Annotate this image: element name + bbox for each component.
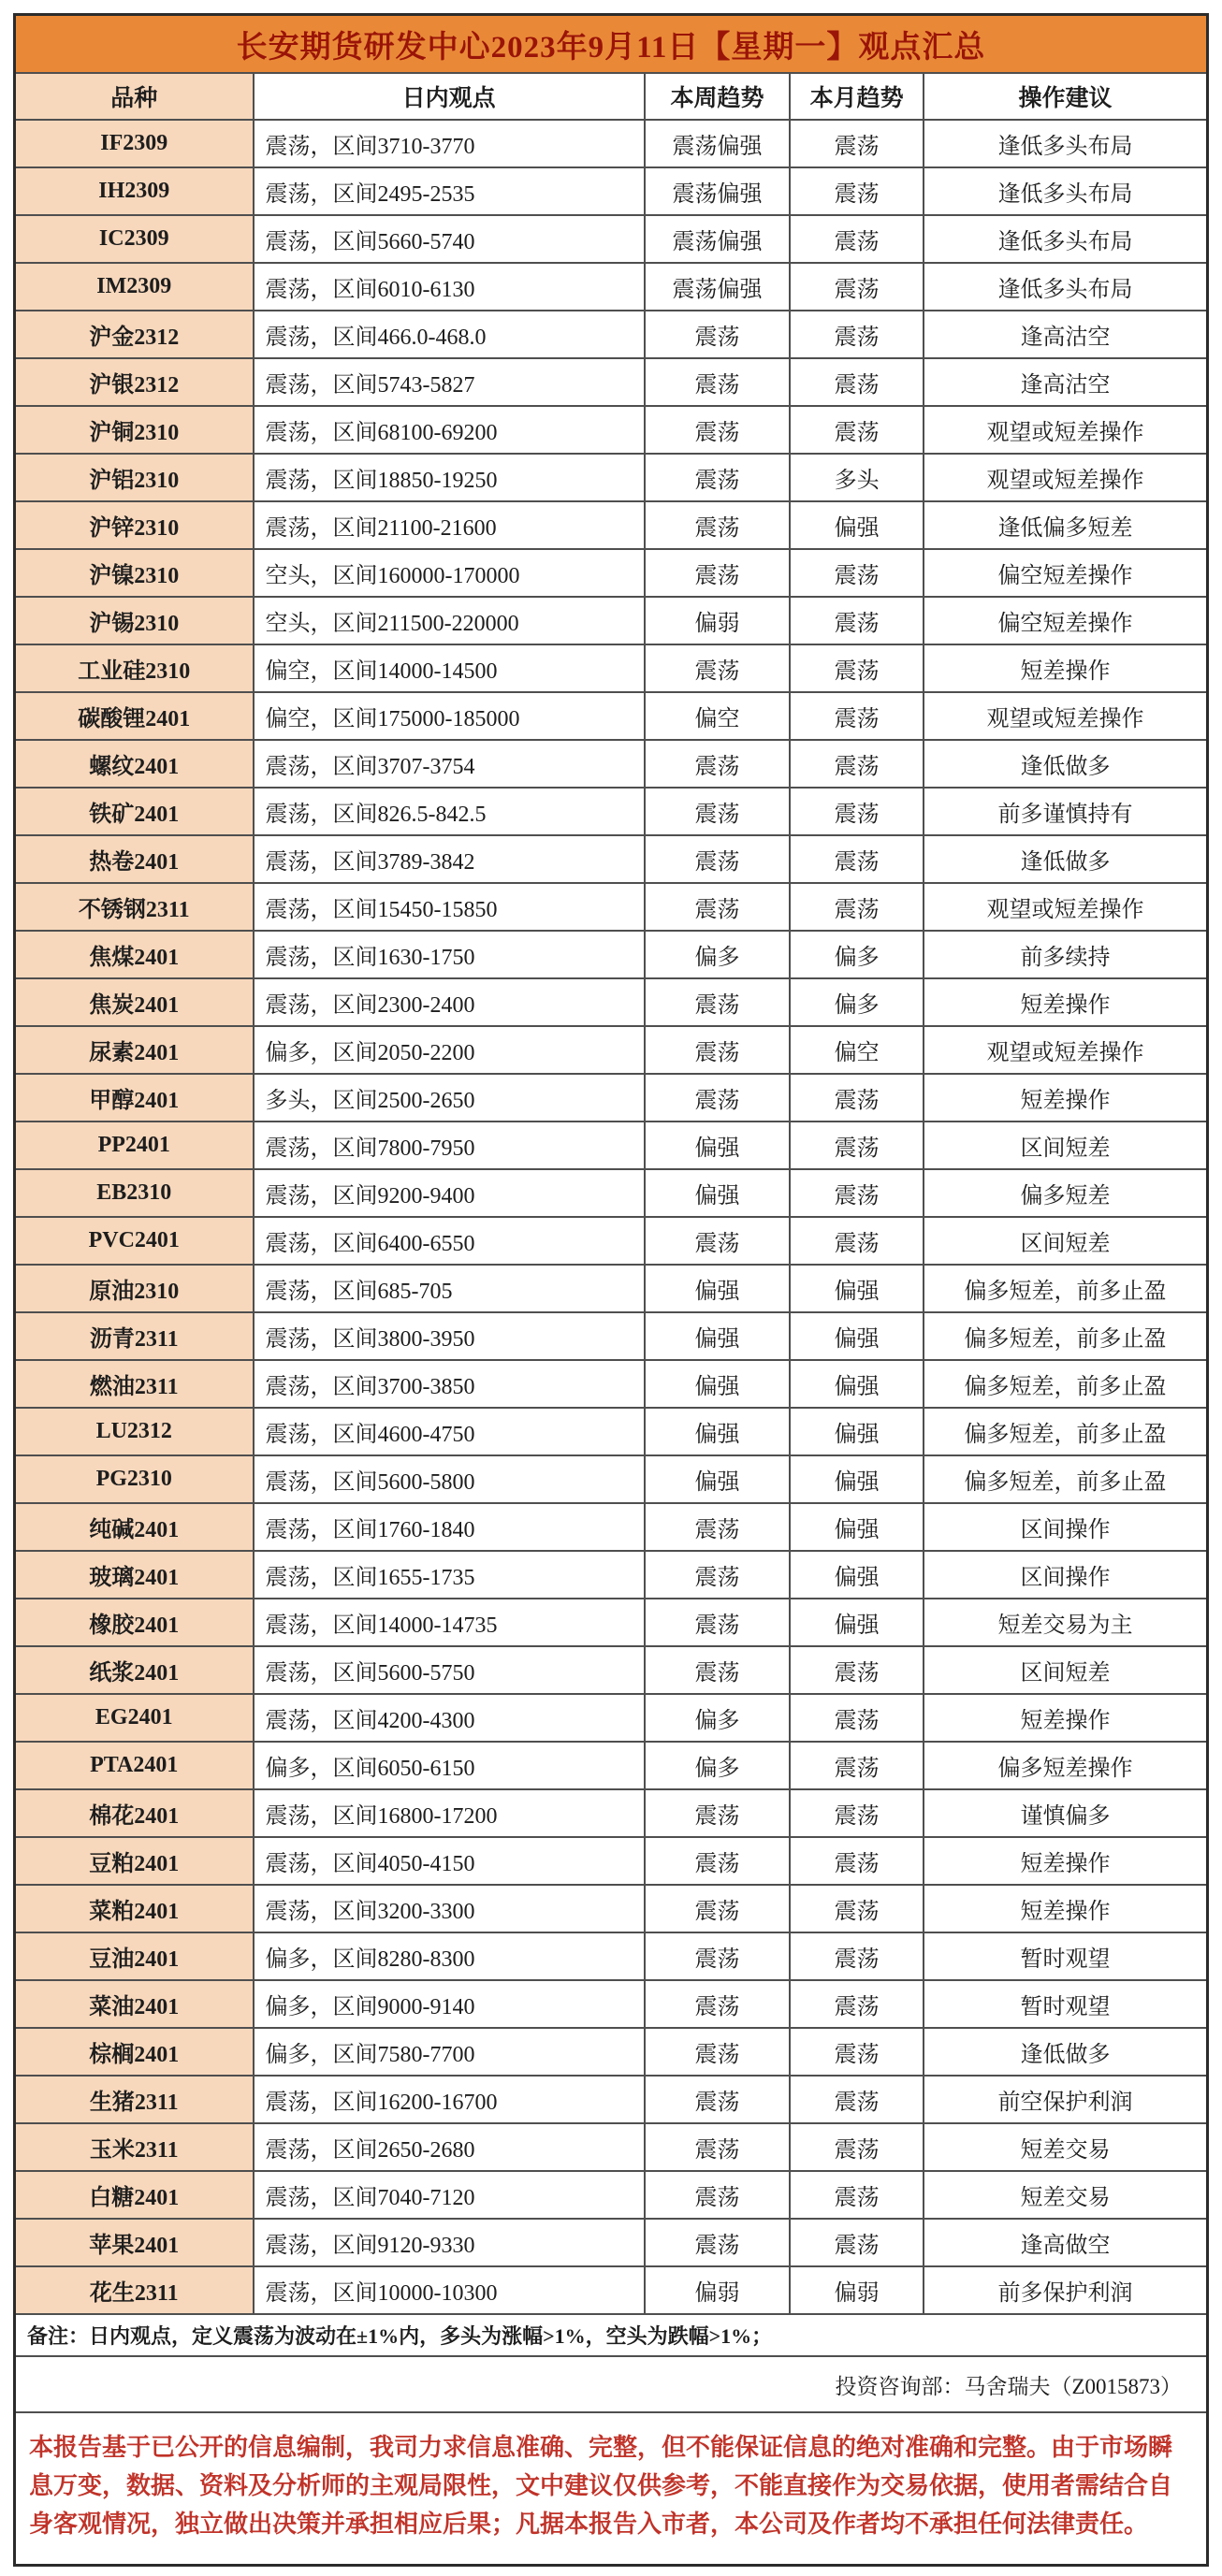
month-trend-cell: 偏强 [790, 1408, 924, 1455]
table-row: 玻璃2401 震荡，区间1655-1735 震荡 偏强 区间操作 [15, 1551, 1208, 1599]
month-trend-cell: 震荡 [790, 644, 924, 692]
week-trend-cell: 震荡 [645, 2171, 791, 2219]
intraday-view-cell: 震荡，区间3700-3850 [254, 1360, 645, 1408]
variety-cell: PVC2401 [15, 1217, 254, 1265]
variety-cell: 棕榈2401 [15, 2028, 254, 2076]
title-row: 长安期货研发中心2023年9月11日【星期一】观点汇总 [15, 15, 1208, 74]
month-trend-cell: 偏强 [790, 1360, 924, 1408]
intraday-view-cell: 震荡，区间6400-6550 [254, 1217, 645, 1265]
intraday-view-cell: 震荡，区间9200-9400 [254, 1169, 645, 1217]
week-trend-cell: 震荡 [645, 406, 791, 454]
advice-cell: 前多谨慎持有 [924, 788, 1207, 835]
week-trend-cell: 偏强 [645, 1122, 791, 1169]
table-row: 尿素2401 偏多，区间2050-2200 震荡 偏空 观望或短差操作 [15, 1026, 1208, 1074]
intraday-view-cell: 震荡，区间826.5-842.5 [254, 788, 645, 835]
variety-cell: 花生2311 [15, 2266, 254, 2314]
month-trend-cell: 震荡 [790, 2123, 924, 2171]
month-trend-cell: 震荡 [790, 883, 924, 931]
table-row: 沪银2312 震荡，区间5743-5827 震荡 震荡 逢高沽空 [15, 358, 1208, 406]
month-trend-cell: 偏强 [790, 501, 924, 549]
table-row: 甲醇2401 多头，区间2500-2650 震荡 震荡 短差操作 [15, 1074, 1208, 1122]
table-row: 纸浆2401 震荡，区间5600-5750 震荡 震荡 区间短差 [15, 1646, 1208, 1694]
variety-cell: 豆粕2401 [15, 1837, 254, 1885]
week-trend-cell: 震荡 [645, 358, 791, 406]
variety-cell: 玉米2311 [15, 2123, 254, 2171]
advice-cell: 区间操作 [924, 1551, 1207, 1599]
variety-cell: PP2401 [15, 1122, 254, 1169]
intraday-view-cell: 震荡，区间16200-16700 [254, 2076, 645, 2123]
advice-cell: 暂时观望 [924, 1932, 1207, 1980]
advice-cell: 逢低做多 [924, 835, 1207, 883]
week-trend-cell: 震荡 [645, 454, 791, 501]
intraday-view-cell: 震荡，区间1655-1735 [254, 1551, 645, 1599]
month-trend-cell: 震荡 [790, 1980, 924, 2028]
week-trend-cell: 震荡 [645, 740, 791, 788]
table-row: 沪镍2310 空头，区间160000-170000 震荡 震荡 偏空短差操作 [15, 549, 1208, 597]
week-trend-cell: 偏强 [645, 1360, 791, 1408]
week-trend-cell: 偏弱 [645, 2266, 791, 2314]
advice-cell: 逢低多头布局 [924, 167, 1207, 215]
col-header-month-trend: 本月趋势 [790, 73, 924, 120]
month-trend-cell: 震荡 [790, 549, 924, 597]
variety-cell: IH2309 [15, 167, 254, 215]
intraday-view-cell: 震荡，区间5600-5800 [254, 1455, 645, 1503]
table-row: PTA2401 偏多，区间6050-6150 偏多 震荡 偏多短差操作 [15, 1742, 1208, 1789]
week-trend-cell: 震荡 [645, 2028, 791, 2076]
week-trend-cell: 震荡 [645, 788, 791, 835]
variety-cell: PTA2401 [15, 1742, 254, 1789]
week-trend-cell: 震荡 [645, 549, 791, 597]
table-row: 白糖2401 震荡，区间7040-7120 震荡 震荡 短差交易 [15, 2171, 1208, 2219]
week-trend-cell: 震荡 [645, 1074, 791, 1122]
advice-cell: 短差操作 [924, 644, 1207, 692]
variety-cell: 铁矿2401 [15, 788, 254, 835]
advice-cell: 短差交易 [924, 2123, 1207, 2171]
table-row: 豆油2401 偏多，区间8280-8300 震荡 震荡 暂时观望 [15, 1932, 1208, 1980]
advice-cell: 逢低做多 [924, 2028, 1207, 2076]
advice-cell: 偏多短差，前多止盈 [924, 1312, 1207, 1360]
week-trend-cell: 震荡 [645, 311, 791, 358]
col-header-intraday-view: 日内观点 [254, 73, 645, 120]
col-header-week-trend: 本周趋势 [645, 73, 791, 120]
month-trend-cell: 震荡 [790, 358, 924, 406]
month-trend-cell: 震荡 [790, 1742, 924, 1789]
advice-cell: 短差操作 [924, 1694, 1207, 1742]
week-trend-cell: 偏强 [645, 1312, 791, 1360]
table-row: 苹果2401 震荡，区间9120-9330 震荡 震荡 逢高做空 [15, 2219, 1208, 2266]
advice-cell: 逢低多头布局 [924, 263, 1207, 311]
table-row: 玉米2311 震荡，区间2650-2680 震荡 震荡 短差交易 [15, 2123, 1208, 2171]
table-row: 沪锌2310 震荡，区间21100-21600 震荡 偏强 逢低偏多短差 [15, 501, 1208, 549]
advice-cell: 观望或短差操作 [924, 883, 1207, 931]
table-row: 菜油2401 偏多，区间9000-9140 震荡 震荡 暂时观望 [15, 1980, 1208, 2028]
advice-cell: 区间短差 [924, 1646, 1207, 1694]
variety-cell: PG2310 [15, 1455, 254, 1503]
intraday-view-cell: 震荡，区间16800-17200 [254, 1789, 645, 1837]
intraday-view-cell: 震荡，区间15450-15850 [254, 883, 645, 931]
intraday-view-cell: 偏多，区间6050-6150 [254, 1742, 645, 1789]
week-trend-cell: 偏强 [645, 1455, 791, 1503]
week-trend-cell: 震荡 [645, 978, 791, 1026]
contact-row: 投资咨询部：马舍瑞夫（Z0015873） [15, 2356, 1208, 2412]
intraday-view-cell: 震荡，区间4200-4300 [254, 1694, 645, 1742]
intraday-view-cell: 震荡，区间4600-4750 [254, 1408, 645, 1455]
variety-cell: 菜粕2401 [15, 1885, 254, 1932]
intraday-view-cell: 震荡，区间3707-3754 [254, 740, 645, 788]
intraday-view-cell: 震荡，区间3789-3842 [254, 835, 645, 883]
month-trend-cell: 震荡 [790, 1646, 924, 1694]
table-row: 燃油2311 震荡，区间3700-3850 偏强 偏强 偏多短差，前多止盈 [15, 1360, 1208, 1408]
month-trend-cell: 震荡 [790, 740, 924, 788]
advice-cell: 前多续持 [924, 931, 1207, 978]
advice-cell: 偏多短差，前多止盈 [924, 1455, 1207, 1503]
month-trend-cell: 震荡 [790, 406, 924, 454]
table-row: 铁矿2401 震荡，区间826.5-842.5 震荡 震荡 前多谨慎持有 [15, 788, 1208, 835]
week-trend-cell: 震荡 [645, 1885, 791, 1932]
advice-cell: 短差操作 [924, 1074, 1207, 1122]
variety-cell: 热卷2401 [15, 835, 254, 883]
report-title: 长安期货研发中心2023年9月11日【星期一】观点汇总 [15, 15, 1208, 74]
table-row: 不锈钢2311 震荡，区间15450-15850 震荡 震荡 观望或短差操作 [15, 883, 1208, 931]
advice-cell: 区间短差 [924, 1122, 1207, 1169]
remark-row: 备注：日内观点，定义震荡为波动在±1%内，多头为涨幅>1%，空头为跌幅>1%； [15, 2314, 1208, 2356]
variety-cell: 燃油2311 [15, 1360, 254, 1408]
intraday-view-cell: 震荡，区间68100-69200 [254, 406, 645, 454]
table-row: 沥青2311 震荡，区间3800-3950 偏强 偏强 偏多短差，前多止盈 [15, 1312, 1208, 1360]
intraday-view-cell: 偏多，区间9000-9140 [254, 1980, 645, 2028]
table-row: 焦煤2401 震荡，区间1630-1750 偏多 偏多 前多续持 [15, 931, 1208, 978]
month-trend-cell: 震荡 [790, 120, 924, 167]
week-trend-cell: 震荡 [645, 1980, 791, 2028]
week-trend-cell: 偏多 [645, 1694, 791, 1742]
variety-cell: 不锈钢2311 [15, 883, 254, 931]
advice-cell: 前空保护利润 [924, 2076, 1207, 2123]
advice-cell: 前多保护利润 [924, 2266, 1207, 2314]
intraday-view-cell: 震荡，区间18850-19250 [254, 454, 645, 501]
table-row: 花生2311 震荡，区间10000-10300 偏弱 偏弱 前多保护利润 [15, 2266, 1208, 2314]
week-trend-cell: 偏弱 [645, 597, 791, 644]
intraday-view-cell: 震荡，区间9120-9330 [254, 2219, 645, 2266]
month-trend-cell: 偏强 [790, 1312, 924, 1360]
advice-cell: 逢高沽空 [924, 358, 1207, 406]
intraday-view-cell: 震荡，区间5743-5827 [254, 358, 645, 406]
month-trend-cell: 震荡 [790, 1074, 924, 1122]
month-trend-cell: 震荡 [790, 835, 924, 883]
report-page: 长安期货研发中心2023年9月11日【星期一】观点汇总 品种 日内观点 本周趋势… [0, 0, 1222, 2576]
advice-cell: 偏多短差，前多止盈 [924, 1360, 1207, 1408]
intraday-view-cell: 震荡，区间1760-1840 [254, 1503, 645, 1551]
variety-cell: 白糖2401 [15, 2171, 254, 2219]
table-row: 棕榈2401 偏多，区间7580-7700 震荡 震荡 逢低做多 [15, 2028, 1208, 2076]
month-trend-cell: 震荡 [790, 1932, 924, 1980]
table-row: PG2310 震荡，区间5600-5800 偏强 偏强 偏多短差，前多止盈 [15, 1455, 1208, 1503]
month-trend-cell: 震荡 [790, 1169, 924, 1217]
variety-cell: 菜油2401 [15, 1980, 254, 2028]
advice-cell: 观望或短差操作 [924, 406, 1207, 454]
advice-cell: 观望或短差操作 [924, 692, 1207, 740]
variety-cell: EB2310 [15, 1169, 254, 1217]
table-row: 橡胶2401 震荡，区间14000-14735 震荡 偏强 短差交易为主 [15, 1599, 1208, 1646]
variety-cell: 玻璃2401 [15, 1551, 254, 1599]
intraday-view-cell: 偏多，区间7580-7700 [254, 2028, 645, 2076]
week-trend-cell: 震荡 [645, 2219, 791, 2266]
intraday-view-cell: 空头，区间160000-170000 [254, 549, 645, 597]
disclaimer-text: 本报告基于已公开的信息编制，我司力求信息准确、完整，但不能保证信息的绝对准确和完… [15, 2412, 1208, 2566]
week-trend-cell: 震荡偏强 [645, 263, 791, 311]
table-row: IC2309 震荡，区间5660-5740 震荡偏强 震荡 逢低多头布局 [15, 215, 1208, 263]
intraday-view-cell: 震荡，区间21100-21600 [254, 501, 645, 549]
table-row: 纯碱2401 震荡，区间1760-1840 震荡 偏强 区间操作 [15, 1503, 1208, 1551]
month-trend-cell: 震荡 [790, 263, 924, 311]
variety-cell: 沪金2312 [15, 311, 254, 358]
month-trend-cell: 震荡 [790, 167, 924, 215]
month-trend-cell: 偏空 [790, 1026, 924, 1074]
week-trend-cell: 震荡 [645, 1599, 791, 1646]
intraday-view-cell: 偏空，区间14000-14500 [254, 644, 645, 692]
month-trend-cell: 震荡 [790, 2028, 924, 2076]
variety-cell: EG2401 [15, 1694, 254, 1742]
advice-cell: 区间短差 [924, 1217, 1207, 1265]
disclaimer-row: 本报告基于已公开的信息编制，我司力求信息准确、完整，但不能保证信息的绝对准确和完… [15, 2412, 1208, 2566]
week-trend-cell: 震荡偏强 [645, 167, 791, 215]
advice-cell: 偏空短差操作 [924, 549, 1207, 597]
variety-cell: 棉花2401 [15, 1789, 254, 1837]
variety-cell: 苹果2401 [15, 2219, 254, 2266]
variety-cell: 沪铝2310 [15, 454, 254, 501]
opinions-table: 长安期货研发中心2023年9月11日【星期一】观点汇总 品种 日内观点 本周趋势… [13, 13, 1209, 2567]
month-trend-cell: 偏强 [790, 1599, 924, 1646]
variety-cell: IM2309 [15, 263, 254, 311]
table-row: 沪铝2310 震荡，区间18850-19250 震荡 多头 观望或短差操作 [15, 454, 1208, 501]
column-header-row: 品种 日内观点 本周趋势 本月趋势 操作建议 [15, 73, 1208, 120]
advice-cell: 偏多短差 [924, 1169, 1207, 1217]
advisory-contact-text: 投资咨询部：马舍瑞夫（Z0015873） [15, 2356, 1208, 2412]
table-body: IF2309 震荡，区间3710-3770 震荡偏强 震荡 逢低多头布局 IH2… [15, 120, 1208, 2314]
table-row: 工业硅2310 偏空，区间14000-14500 震荡 震荡 短差操作 [15, 644, 1208, 692]
table-row: 碳酸锂2401 偏空，区间175000-185000 偏空 震荡 观望或短差操作 [15, 692, 1208, 740]
month-trend-cell: 震荡 [790, 215, 924, 263]
advice-cell: 偏空短差操作 [924, 597, 1207, 644]
month-trend-cell: 多头 [790, 454, 924, 501]
variety-cell: 焦炭2401 [15, 978, 254, 1026]
variety-cell: 沪铜2310 [15, 406, 254, 454]
table-row: PP2401 震荡，区间7800-7950 偏强 震荡 区间短差 [15, 1122, 1208, 1169]
advice-cell: 短差操作 [924, 1837, 1207, 1885]
table-row: 沪锡2310 空头，区间211500-220000 偏弱 震荡 偏空短差操作 [15, 597, 1208, 644]
intraday-view-cell: 震荡，区间4050-4150 [254, 1837, 645, 1885]
intraday-view-cell: 震荡，区间685-705 [254, 1265, 645, 1312]
month-trend-cell: 震荡 [790, 597, 924, 644]
month-trend-cell: 偏强 [790, 1455, 924, 1503]
intraday-view-cell: 震荡，区间2300-2400 [254, 978, 645, 1026]
variety-cell: 碳酸锂2401 [15, 692, 254, 740]
col-header-variety: 品种 [15, 73, 254, 120]
table-row: PVC2401 震荡，区间6400-6550 震荡 震荡 区间短差 [15, 1217, 1208, 1265]
table-row: 原油2310 震荡，区间685-705 偏强 偏强 偏多短差，前多止盈 [15, 1265, 1208, 1312]
intraday-view-cell: 震荡，区间3710-3770 [254, 120, 645, 167]
variety-cell: 工业硅2310 [15, 644, 254, 692]
variety-cell: 沥青2311 [15, 1312, 254, 1360]
variety-cell: 沪锌2310 [15, 501, 254, 549]
advice-cell: 区间操作 [924, 1503, 1207, 1551]
week-trend-cell: 震荡偏强 [645, 120, 791, 167]
month-trend-cell: 偏强 [790, 1503, 924, 1551]
week-trend-cell: 偏强 [645, 1408, 791, 1455]
month-trend-cell: 震荡 [790, 1217, 924, 1265]
intraday-view-cell: 震荡，区间466.0-468.0 [254, 311, 645, 358]
week-trend-cell: 震荡 [645, 1503, 791, 1551]
advice-cell: 逢高沽空 [924, 311, 1207, 358]
month-trend-cell: 震荡 [790, 2219, 924, 2266]
variety-cell: 沪锡2310 [15, 597, 254, 644]
table-row: EB2310 震荡，区间9200-9400 偏强 震荡 偏多短差 [15, 1169, 1208, 1217]
intraday-view-cell: 震荡，区间14000-14735 [254, 1599, 645, 1646]
month-trend-cell: 震荡 [790, 1694, 924, 1742]
table-row: 豆粕2401 震荡，区间4050-4150 震荡 震荡 短差操作 [15, 1837, 1208, 1885]
week-trend-cell: 震荡 [645, 2123, 791, 2171]
remark-text: 备注：日内观点，定义震荡为波动在±1%内，多头为涨幅>1%，空头为跌幅>1%； [15, 2314, 1208, 2356]
advice-cell: 谨慎偏多 [924, 1789, 1207, 1837]
month-trend-cell: 偏强 [790, 1551, 924, 1599]
week-trend-cell: 偏空 [645, 692, 791, 740]
advice-cell: 短差交易 [924, 2171, 1207, 2219]
week-trend-cell: 偏多 [645, 1742, 791, 1789]
variety-cell: 焦煤2401 [15, 931, 254, 978]
intraday-view-cell: 偏多，区间8280-8300 [254, 1932, 645, 1980]
advice-cell: 短差操作 [924, 1885, 1207, 1932]
week-trend-cell: 震荡 [645, 883, 791, 931]
advice-cell: 观望或短差操作 [924, 1026, 1207, 1074]
intraday-view-cell: 多头，区间2500-2650 [254, 1074, 645, 1122]
advice-cell: 暂时观望 [924, 1980, 1207, 2028]
table-row: 菜粕2401 震荡，区间3200-3300 震荡 震荡 短差操作 [15, 1885, 1208, 1932]
table-row: 沪金2312 震荡，区间466.0-468.0 震荡 震荡 逢高沽空 [15, 311, 1208, 358]
advice-cell: 偏多短差，前多止盈 [924, 1265, 1207, 1312]
intraday-view-cell: 震荡，区间6010-6130 [254, 263, 645, 311]
advice-cell: 逢低多头布局 [924, 215, 1207, 263]
variety-cell: 沪镍2310 [15, 549, 254, 597]
week-trend-cell: 偏强 [645, 1265, 791, 1312]
variety-cell: 生猪2311 [15, 2076, 254, 2123]
month-trend-cell: 震荡 [790, 788, 924, 835]
intraday-view-cell: 震荡，区间7040-7120 [254, 2171, 645, 2219]
table-row: 生猪2311 震荡，区间16200-16700 震荡 震荡 前空保护利润 [15, 2076, 1208, 2123]
table-row: IH2309 震荡，区间2495-2535 震荡偏强 震荡 逢低多头布局 [15, 167, 1208, 215]
week-trend-cell: 偏多 [645, 931, 791, 978]
intraday-view-cell: 震荡，区间10000-10300 [254, 2266, 645, 2314]
intraday-view-cell: 震荡，区间3800-3950 [254, 1312, 645, 1360]
intraday-view-cell: 偏多，区间2050-2200 [254, 1026, 645, 1074]
month-trend-cell: 震荡 [790, 1789, 924, 1837]
intraday-view-cell: 震荡，区间2495-2535 [254, 167, 645, 215]
month-trend-cell: 偏弱 [790, 2266, 924, 2314]
variety-cell: LU2312 [15, 1408, 254, 1455]
variety-cell: IF2309 [15, 120, 254, 167]
week-trend-cell: 震荡 [645, 1837, 791, 1885]
advice-cell: 偏多短差，前多止盈 [924, 1408, 1207, 1455]
week-trend-cell: 震荡 [645, 1217, 791, 1265]
advice-cell: 逢低多头布局 [924, 120, 1207, 167]
table-row: 棉花2401 震荡，区间16800-17200 震荡 震荡 谨慎偏多 [15, 1789, 1208, 1837]
week-trend-cell: 震荡 [645, 644, 791, 692]
intraday-view-cell: 震荡，区间3200-3300 [254, 1885, 645, 1932]
week-trend-cell: 震荡偏强 [645, 215, 791, 263]
variety-cell: 尿素2401 [15, 1026, 254, 1074]
week-trend-cell: 震荡 [645, 1789, 791, 1837]
month-trend-cell: 震荡 [790, 692, 924, 740]
intraday-view-cell: 震荡，区间5660-5740 [254, 215, 645, 263]
month-trend-cell: 震荡 [790, 311, 924, 358]
advice-cell: 逢低偏多短差 [924, 501, 1207, 549]
week-trend-cell: 震荡 [645, 2076, 791, 2123]
month-trend-cell: 震荡 [790, 1885, 924, 1932]
week-trend-cell: 震荡 [645, 501, 791, 549]
month-trend-cell: 偏多 [790, 978, 924, 1026]
month-trend-cell: 震荡 [790, 2171, 924, 2219]
variety-cell: 橡胶2401 [15, 1599, 254, 1646]
variety-cell: 原油2310 [15, 1265, 254, 1312]
week-trend-cell: 震荡 [645, 1551, 791, 1599]
advice-cell: 观望或短差操作 [924, 454, 1207, 501]
variety-cell: 甲醇2401 [15, 1074, 254, 1122]
intraday-view-cell: 震荡，区间5600-5750 [254, 1646, 645, 1694]
advice-cell: 逢高做空 [924, 2219, 1207, 2266]
advice-cell: 短差操作 [924, 978, 1207, 1026]
table-row: IM2309 震荡，区间6010-6130 震荡偏强 震荡 逢低多头布局 [15, 263, 1208, 311]
table-row: IF2309 震荡，区间3710-3770 震荡偏强 震荡 逢低多头布局 [15, 120, 1208, 167]
table-row: LU2312 震荡，区间4600-4750 偏强 偏强 偏多短差，前多止盈 [15, 1408, 1208, 1455]
variety-cell: 纯碱2401 [15, 1503, 254, 1551]
week-trend-cell: 震荡 [645, 1026, 791, 1074]
table-row: 螺纹2401 震荡，区间3707-3754 震荡 震荡 逢低做多 [15, 740, 1208, 788]
variety-cell: 沪银2312 [15, 358, 254, 406]
table-row: 沪铜2310 震荡，区间68100-69200 震荡 震荡 观望或短差操作 [15, 406, 1208, 454]
intraday-view-cell: 偏空，区间175000-185000 [254, 692, 645, 740]
advice-cell: 短差交易为主 [924, 1599, 1207, 1646]
table-row: 焦炭2401 震荡，区间2300-2400 震荡 偏多 短差操作 [15, 978, 1208, 1026]
variety-cell: IC2309 [15, 215, 254, 263]
intraday-view-cell: 震荡，区间7800-7950 [254, 1122, 645, 1169]
intraday-view-cell: 震荡，区间1630-1750 [254, 931, 645, 978]
month-trend-cell: 震荡 [790, 1837, 924, 1885]
week-trend-cell: 偏强 [645, 1169, 791, 1217]
month-trend-cell: 震荡 [790, 2076, 924, 2123]
variety-cell: 豆油2401 [15, 1932, 254, 1980]
advice-cell: 逢低做多 [924, 740, 1207, 788]
month-trend-cell: 震荡 [790, 1122, 924, 1169]
intraday-view-cell: 空头，区间211500-220000 [254, 597, 645, 644]
month-trend-cell: 偏多 [790, 931, 924, 978]
col-header-advice: 操作建议 [924, 73, 1207, 120]
week-trend-cell: 震荡 [645, 835, 791, 883]
table-row: EG2401 震荡，区间4200-4300 偏多 震荡 短差操作 [15, 1694, 1208, 1742]
week-trend-cell: 震荡 [645, 1932, 791, 1980]
intraday-view-cell: 震荡，区间2650-2680 [254, 2123, 645, 2171]
month-trend-cell: 偏强 [790, 1265, 924, 1312]
advice-cell: 偏多短差操作 [924, 1742, 1207, 1789]
week-trend-cell: 震荡 [645, 1646, 791, 1694]
variety-cell: 纸浆2401 [15, 1646, 254, 1694]
variety-cell: 螺纹2401 [15, 740, 254, 788]
table-row: 热卷2401 震荡，区间3789-3842 震荡 震荡 逢低做多 [15, 835, 1208, 883]
